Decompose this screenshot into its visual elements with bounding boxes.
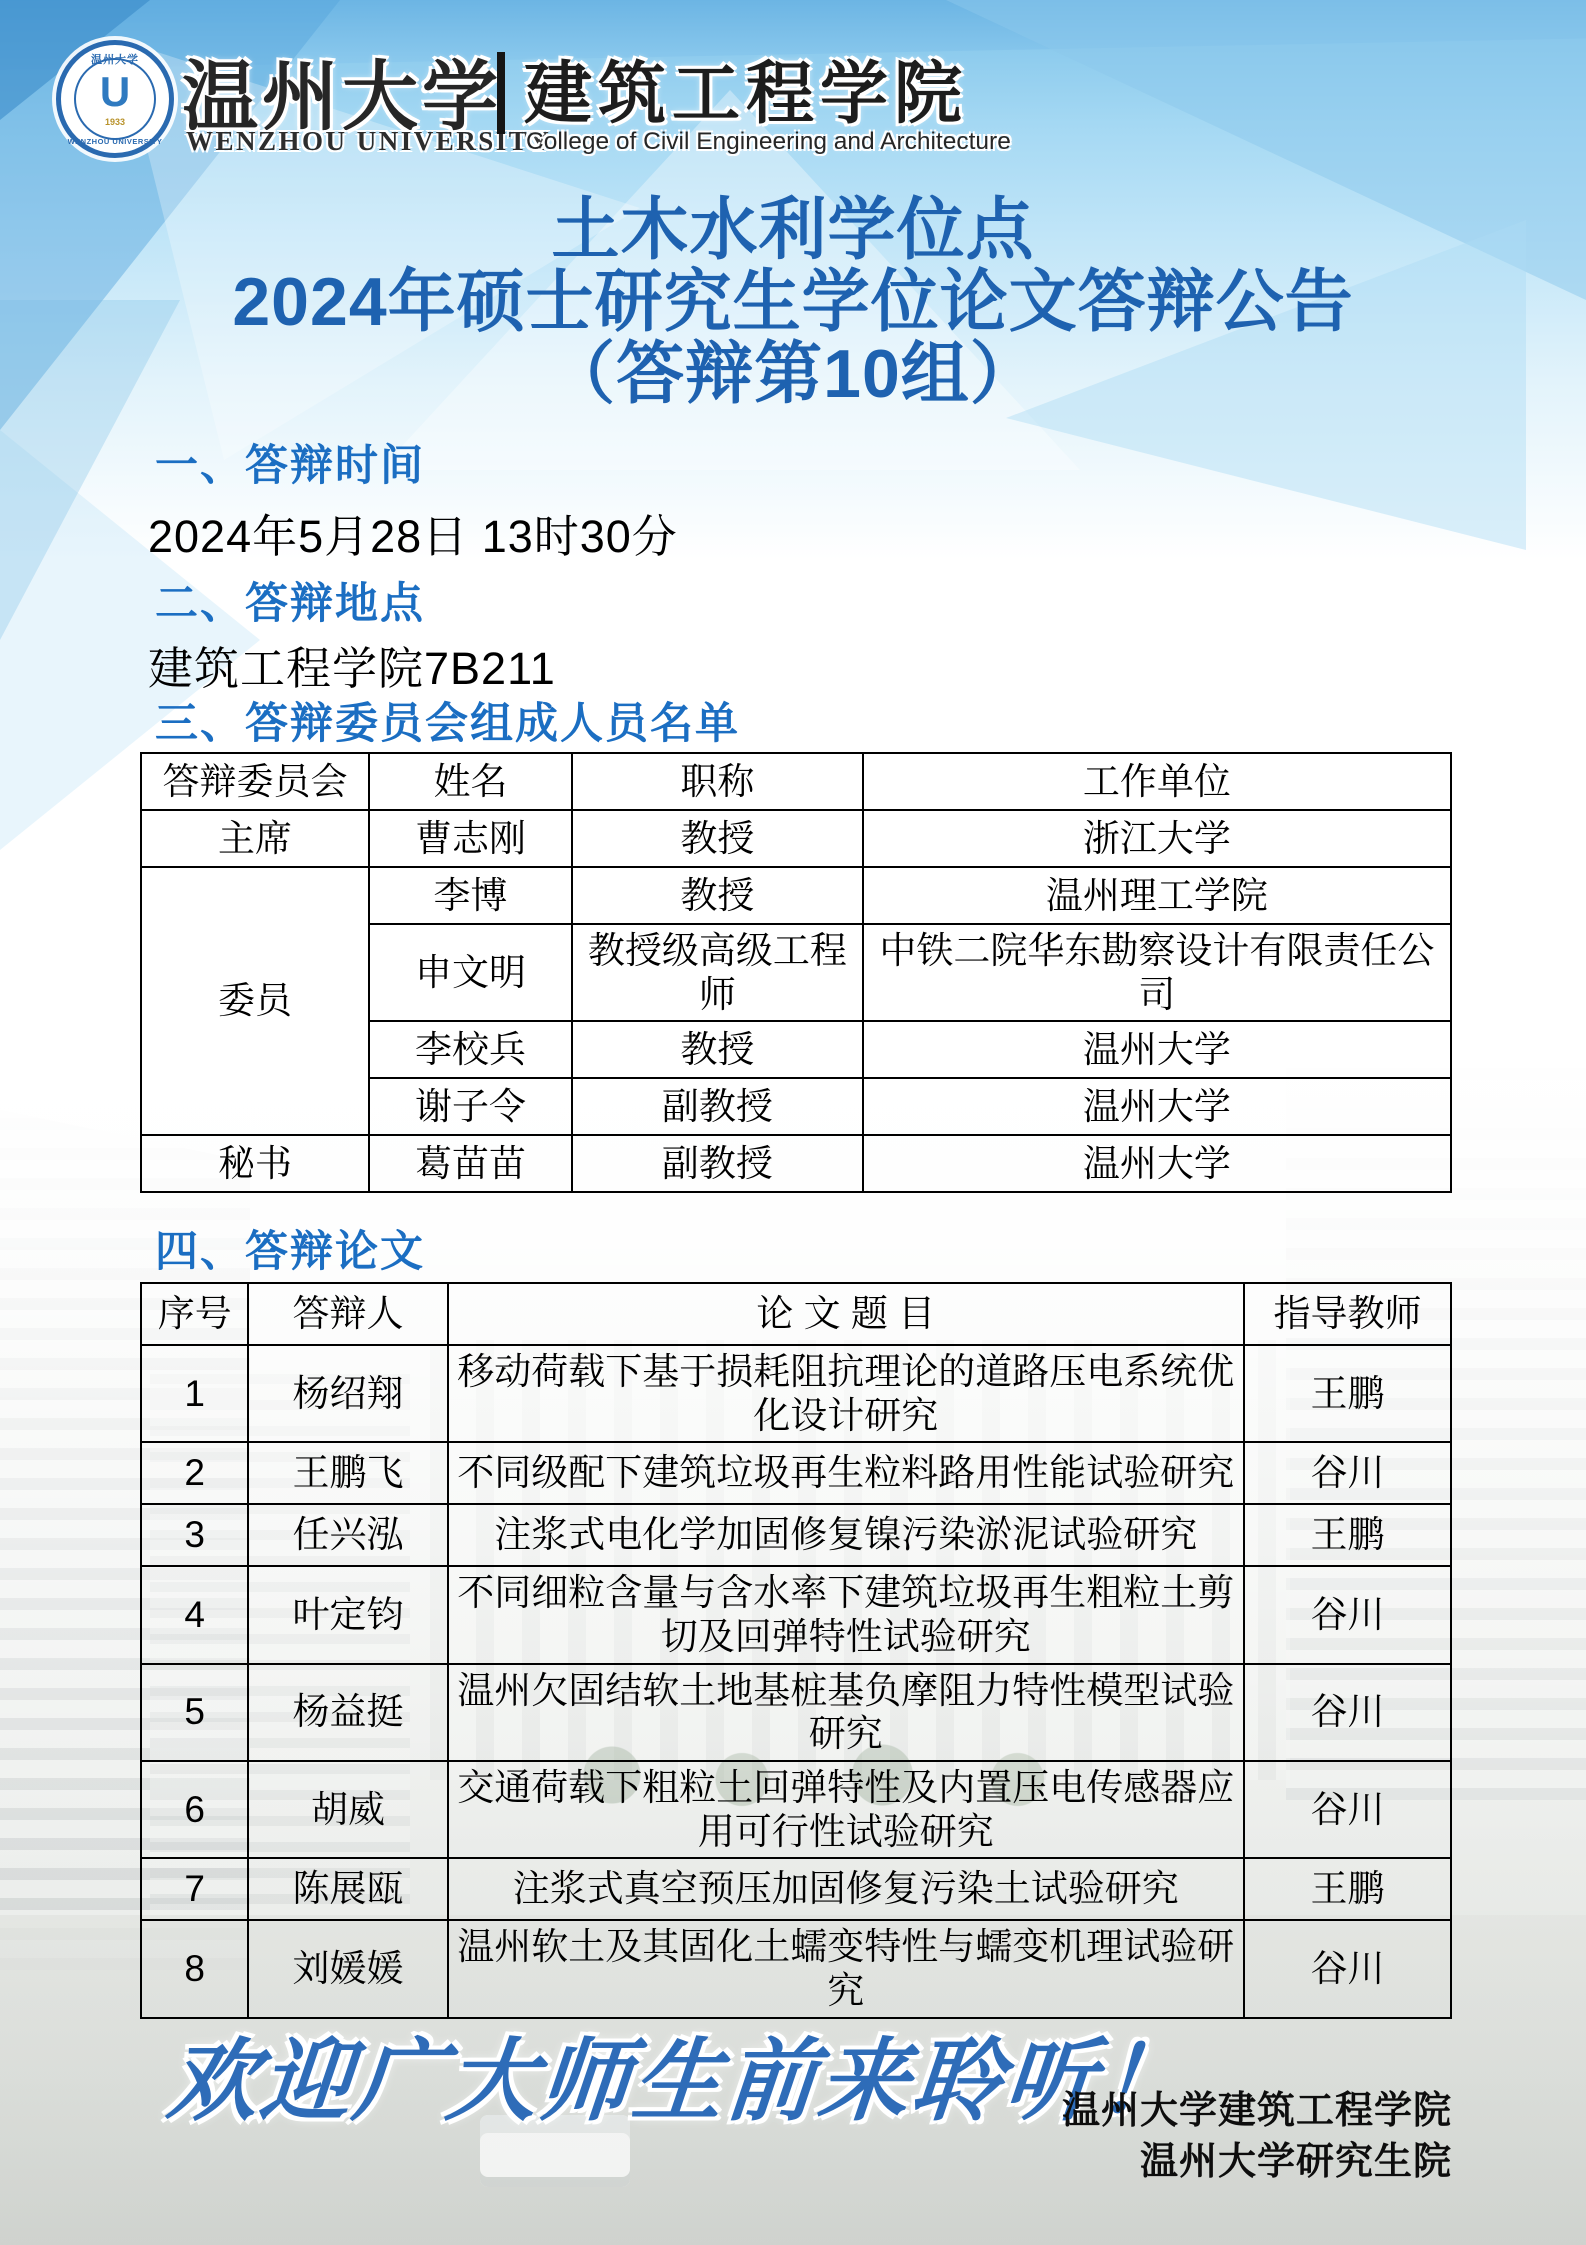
committee-name: 曹志刚	[369, 810, 572, 867]
university-seal-icon: 温州大学 U 1933 WENZHOU UNIVERSITY	[56, 40, 174, 158]
thesis-title: 不同级配下建筑垃圾再生粒料路用性能试验研究	[448, 1442, 1244, 1504]
committee-name: 葛苗苗	[369, 1135, 572, 1192]
table-row: 8 刘媛媛 温州软土及其固化土蠕变特性与蠕变机理试验研究 谷川	[141, 1920, 1451, 2017]
table-row: 3 任兴泓 注浆式电化学加固修复镍污染淤泥试验研究 王鹏	[141, 1504, 1451, 1566]
seal-ring-text-top: 温州大学	[61, 51, 169, 67]
committee-title: 教授	[572, 810, 863, 867]
thesis-header-row: 序号 答辩人 论 文 题 目 指导教师	[141, 1283, 1451, 1345]
announcement-poster: 温州大学 U 1933 WENZHOU UNIVERSITY 温州大学 WENZ…	[0, 0, 1586, 2245]
thesis-title: 注浆式电化学加固修复镍污染淤泥试验研究	[448, 1504, 1244, 1566]
table-row: 主席 曹志刚 教授 浙江大学	[141, 810, 1451, 867]
thesis-no: 5	[141, 1664, 248, 1761]
table-row: 7 陈展瓯 注浆式真空预压加固修复污染土试验研究 王鹏	[141, 1858, 1451, 1920]
college-name-cn: 建筑工程学院	[524, 40, 968, 137]
thesis-no: 8	[141, 1920, 248, 2017]
committee-role: 委员	[141, 867, 369, 1135]
section-heading-theses: 四、答辩论文	[155, 1218, 425, 1279]
thesis-advisor: 谷川	[1244, 1442, 1451, 1504]
committee-org: 浙江大学	[863, 810, 1451, 867]
page-title: 土木水利学位点 2024年硕士研究生学位论文答辩公告 （答辩第10组）	[0, 194, 1586, 410]
committee-name: 李校兵	[369, 1021, 572, 1078]
section-heading-time: 一、答辩时间	[155, 432, 425, 493]
thesis-col-no: 序号	[141, 1283, 248, 1345]
section-heading-committee: 三、答辩委员会组成人员名单	[155, 690, 740, 751]
thesis-title: 温州软土及其固化土蠕变特性与蠕变机理试验研究	[448, 1920, 1244, 2017]
table-row: 4 叶定钧 不同细粒含量与含水率下建筑垃圾再生粗粒土剪切及回弹特性试验研究 谷川	[141, 1566, 1451, 1663]
title-line-1: 土木水利学位点	[0, 194, 1586, 266]
section-heading-place: 二、答辩地点	[155, 570, 425, 631]
thesis-no: 1	[141, 1345, 248, 1442]
committee-name: 李博	[369, 867, 572, 924]
thesis-no: 6	[141, 1761, 248, 1858]
table-row: 6 胡威 交通荷载下粗粒土回弹特性及内置压电传感器应用可行性试验研究 谷川	[141, 1761, 1451, 1858]
table-row: 1 杨绍翔 移动荷载下基于损耗阻抗理论的道路压电系统优化设计研究 王鹏	[141, 1345, 1451, 1442]
thesis-title: 移动荷载下基于损耗阻抗理论的道路压电系统优化设计研究	[448, 1345, 1244, 1442]
seal-year: 1933	[61, 117, 169, 127]
committee-col-org: 工作单位	[863, 753, 1451, 810]
thesis-col-title: 论 文 题 目	[448, 1283, 1244, 1345]
thesis-col-advisor: 指导教师	[1244, 1283, 1451, 1345]
committee-role: 主席	[141, 810, 369, 867]
thesis-no: 4	[141, 1566, 248, 1663]
table-row: 2 王鹏飞 不同级配下建筑垃圾再生粒料路用性能试验研究 谷川	[141, 1442, 1451, 1504]
committee-org: 温州大学	[863, 1078, 1451, 1135]
committee-title: 教授	[572, 1021, 863, 1078]
thesis-advisor: 谷川	[1244, 1761, 1451, 1858]
defense-place-value: 建筑工程学院7B211	[148, 632, 556, 697]
footer-org-college: 温州大学建筑工程学院	[1062, 2086, 1452, 2137]
thesis-no: 7	[141, 1858, 248, 1920]
thesis-advisor: 王鹏	[1244, 1858, 1451, 1920]
committee-role: 秘书	[141, 1135, 369, 1192]
thesis-student: 胡威	[248, 1761, 447, 1858]
header-divider	[497, 52, 505, 134]
thesis-title: 注浆式真空预压加固修复污染土试验研究	[448, 1858, 1244, 1920]
seal-ring-text-bottom: WENZHOU UNIVERSITY	[61, 137, 169, 146]
committee-title: 教授级高级工程师	[572, 924, 863, 1021]
thesis-student: 王鹏飞	[248, 1442, 447, 1504]
committee-title: 副教授	[572, 1135, 863, 1192]
footer-org-graduate-school: 温州大学研究生院	[1062, 2137, 1452, 2188]
thesis-no: 2	[141, 1442, 248, 1504]
thesis-title: 不同细粒含量与含水率下建筑垃圾再生粗粒土剪切及回弹特性试验研究	[448, 1566, 1244, 1663]
title-line-3: （答辩第10组）	[0, 338, 1586, 410]
table-row: 委员 李博 教授 温州理工学院	[141, 867, 1451, 924]
committee-header-row: 答辩委员会 姓名 职称 工作单位	[141, 753, 1451, 810]
thesis-title: 交通荷载下粗粒土回弹特性及内置压电传感器应用可行性试验研究	[448, 1761, 1244, 1858]
thesis-advisor: 谷川	[1244, 1920, 1451, 2017]
committee-title: 副教授	[572, 1078, 863, 1135]
committee-col-name: 姓名	[369, 753, 572, 810]
thesis-student: 陈展瓯	[248, 1858, 447, 1920]
title-line-2: 2024年硕士研究生学位论文答辩公告	[0, 266, 1586, 338]
seal-center-glyph: U	[61, 71, 169, 113]
table-row: 秘书 葛苗苗 副教授 温州大学	[141, 1135, 1451, 1192]
committee-col-title: 职称	[572, 753, 863, 810]
committee-name: 谢子令	[369, 1078, 572, 1135]
college-name-en: College of Civil Engineering and Archite…	[526, 128, 1011, 156]
thesis-student: 刘媛媛	[248, 1920, 447, 2017]
committee-table: 答辩委员会 姓名 职称 工作单位 主席 曹志刚 教授 浙江大学 委员 李博 教授…	[140, 752, 1452, 1193]
committee-name: 申文明	[369, 924, 572, 1021]
thesis-col-student: 答辩人	[248, 1283, 447, 1345]
table-row: 5 杨益挺 温州欠固结软土地基桩基负摩阻力特性模型试验研究 谷川	[141, 1664, 1451, 1761]
thesis-title: 温州欠固结软土地基桩基负摩阻力特性模型试验研究	[448, 1664, 1244, 1761]
thesis-student: 叶定钧	[248, 1566, 447, 1663]
thesis-table: 序号 答辩人 论 文 题 目 指导教师 1 杨绍翔 移动荷载下基于损耗阻抗理论的…	[140, 1282, 1452, 2019]
thesis-student: 杨益挺	[248, 1664, 447, 1761]
defense-time-value: 2024年5月28日 13时30分	[148, 500, 678, 565]
thesis-no: 3	[141, 1504, 248, 1566]
thesis-student: 任兴泓	[248, 1504, 447, 1566]
committee-org: 温州大学	[863, 1135, 1451, 1192]
thesis-advisor: 谷川	[1244, 1664, 1451, 1761]
committee-col-role: 答辩委员会	[141, 753, 369, 810]
thesis-advisor: 王鹏	[1244, 1504, 1451, 1566]
committee-org: 温州理工学院	[863, 867, 1451, 924]
footer-organizations: 温州大学建筑工程学院 温州大学研究生院	[1062, 2086, 1452, 2189]
thesis-student: 杨绍翔	[248, 1345, 447, 1442]
thesis-advisor: 王鹏	[1244, 1345, 1451, 1442]
committee-title: 教授	[572, 867, 863, 924]
committee-org: 中铁二院华东勘察设计有限责任公司	[863, 924, 1451, 1021]
thesis-advisor: 谷川	[1244, 1566, 1451, 1663]
committee-org: 温州大学	[863, 1021, 1451, 1078]
